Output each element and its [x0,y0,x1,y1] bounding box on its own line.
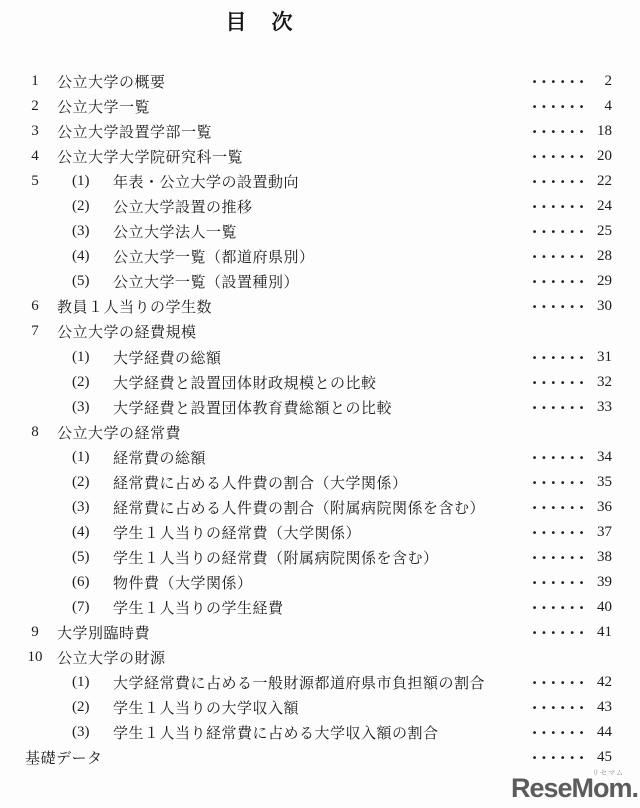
toc-entry: (3) 公立大学法人一覧 •••••• 25 [0,219,640,244]
entry-title: 公立大学法人一覧 [113,221,237,242]
entry-subnumber: (6) [72,574,98,591]
toc-entry: 5 (1) 年表・公立大学の設置動向 •••••• 22 [0,169,640,194]
entry-page-number: 33 [590,399,612,416]
entry-page-number: 22 [590,173,612,190]
entry-title: 学生１人当りの経常費（附属病院関係を含む） [113,547,439,568]
dot-leader: •••••• [532,703,588,714]
entry-title: 大学別臨時費 [57,622,150,643]
entry-page-number: 35 [590,474,612,491]
dot-leader: •••••• [532,127,588,138]
entry-page-number: 45 [590,749,612,766]
entry-number: 5 [25,173,45,190]
dot-leader: •••••• [532,302,588,313]
entry-title: 公立大学の財源 [57,647,166,668]
entry-subnumber: (3) [72,399,98,416]
toc-entry: (3) 学生１人当り経常費に占める大学収入額の割合 •••••• 44 [0,720,640,745]
entry-number: 1 [25,73,45,90]
toc-entry: (2) 経常費に占める人件費の割合（大学関係） •••••• 35 [0,470,640,495]
entry-title: 大学経常費に占める一般財源都道府県市負担額の割合 [113,672,485,693]
toc-entry: (2) 公立大学設置の推移 •••••• 24 [0,194,640,219]
entry-page-number: 2 [590,73,612,90]
toc-entry: 基礎データ •••••• 45 [0,745,640,770]
toc-entry: (6) 物件費（大学関係） •••••• 39 [0,570,640,595]
dot-leader: •••••• [532,403,588,414]
dot-leader: •••••• [532,102,588,113]
toc-entry: 6 教員１人当りの学生数 •••••• 30 [0,294,640,319]
entry-subnumber: (2) [72,699,98,716]
entry-title: 経常費に占める人件費の割合（附属病院関係を含む） [113,497,485,518]
entry-subnumber: (3) [72,724,98,741]
entry-page-number: 30 [590,298,612,315]
entry-subnumber: (3) [72,499,98,516]
entry-page-number: 38 [590,549,612,566]
toc-entry: 1 公立大学の概要 •••••• 2 [0,69,640,94]
dot-leader: •••••• [532,678,588,689]
entry-number: 9 [25,624,45,641]
dot-leader: •••••• [532,378,588,389]
toc-list: 1 公立大学の概要 •••••• 2 2 公立大学一覧 •••••• 4 3 公… [0,69,640,770]
dot-leader: •••••• [532,503,588,514]
entry-page-number: 39 [590,574,612,591]
dot-leader: •••••• [532,252,588,263]
entry-subnumber: (3) [72,223,98,240]
toc-entry: (1) 経常費の総額 •••••• 34 [0,445,640,470]
entry-number: 8 [25,424,45,441]
entry-subnumber: (7) [72,599,98,616]
entry-subnumber: (2) [72,474,98,491]
entry-number: 2 [25,98,45,115]
entry-number: 4 [25,148,45,165]
dot-leader: •••••• [532,453,588,464]
entry-page-number: 41 [590,624,612,641]
entry-title: 大学経費と設置団体教育費総額との比較 [113,397,392,418]
dot-leader: •••••• [532,603,588,614]
entry-title: 学生１人当り経常費に占める大学収入額の割合 [113,722,439,743]
entry-page-number: 28 [590,248,612,265]
dot-leader: •••••• [532,152,588,163]
entry-title: 公立大学一覧（設置種別） [113,271,299,292]
entry-title: 公立大学設置学部一覧 [57,121,212,142]
entry-page-number: 29 [590,273,612,290]
entry-subnumber: (1) [72,674,98,691]
entry-page-number: 31 [590,349,612,366]
entry-page-number: 44 [590,724,612,741]
entry-page-number: 20 [590,148,612,165]
toc-entry: (7) 学生１人当りの学生経費 •••••• 40 [0,595,640,620]
toc-entry: (2) 学生１人当りの大学収入額 •••••• 43 [0,695,640,720]
entry-title: 公立大学の経費規模 [57,321,197,342]
dot-leader: •••••• [532,628,588,639]
toc-entry: (1) 大学経常費に占める一般財源都道府県市負担額の割合 •••••• 42 [0,670,640,695]
entry-title: 物件費（大学関係） [113,572,253,593]
entry-subnumber: (1) [72,349,98,366]
resemom-logo: リセマム ReseMom. [511,768,638,802]
entry-title: 公立大学大学院研究科一覧 [57,146,243,167]
entry-subnumber: (1) [72,449,98,466]
toc-entry: 4 公立大学大学院研究科一覧 •••••• 20 [0,144,640,169]
toc-page: 目 次 1 公立大学の概要 •••••• 2 2 公立大学一覧 •••••• 4… [0,0,640,808]
dot-leader: •••••• [532,353,588,364]
entry-page-number: 24 [590,198,612,215]
dot-leader: •••••• [532,202,588,213]
dot-leader: •••••• [532,753,588,764]
entry-subnumber: (1) [72,173,98,190]
entry-page-number: 25 [590,223,612,240]
dot-leader: •••••• [532,528,588,539]
entry-number: 3 [25,123,45,140]
dot-leader: •••••• [532,478,588,489]
entry-title: 学生１人当りの学生経費 [113,597,284,618]
dot-leader: •••••• [532,227,588,238]
entry-number: 7 [25,323,45,340]
toc-entry: (3) 大学経費と設置団体教育費総額との比較 •••••• 33 [0,395,640,420]
dot-leader: •••••• [532,728,588,739]
entry-number: 6 [25,298,45,315]
toc-entry: (3) 経常費に占める人件費の割合（附属病院関係を含む） •••••• 36 [0,495,640,520]
entry-page-number: 34 [590,449,612,466]
entry-page-number: 32 [590,374,612,391]
entry-title: 教員１人当りの学生数 [57,296,212,317]
toc-entry: 9 大学別臨時費 •••••• 41 [0,620,640,645]
entry-title: 学生１人当りの経常費（大学関係） [113,522,361,543]
dot-leader: •••••• [532,578,588,589]
entry-title: 公立大学の概要 [57,71,166,92]
entry-title: 基礎データ [25,747,103,768]
toc-entry: (2) 大学経費と設置団体財政規模との比較 •••••• 32 [0,370,640,395]
toc-entry: 8 公立大学の経常費 [0,420,640,445]
entry-title: 公立大学一覧 [57,96,150,117]
toc-entry: 3 公立大学設置学部一覧 •••••• 18 [0,119,640,144]
toc-entry: (5) 公立大学一覧（設置種別） •••••• 29 [0,269,640,294]
entry-title: 学生１人当りの大学収入額 [113,697,299,718]
entry-number: 10 [25,649,45,666]
toc-entry: 2 公立大学一覧 •••••• 4 [0,94,640,119]
entry-subnumber: (2) [72,374,98,391]
entry-subnumber: (5) [72,549,98,566]
entry-page-number: 43 [590,699,612,716]
toc-entry: (4) 公立大学一覧（都道府県別） •••••• 28 [0,244,640,269]
entry-page-number: 36 [590,499,612,516]
entry-page-number: 40 [590,599,612,616]
entry-title: 大学経費の総額 [113,347,222,368]
page-title: 目 次 [0,6,520,36]
entry-subnumber: (2) [72,198,98,215]
entry-title: 公立大学設置の推移 [113,196,253,217]
entry-page-number: 18 [590,123,612,140]
entry-title: 年表・公立大学の設置動向 [113,171,299,192]
resemom-logo-text: ReseMom. [511,775,638,802]
dot-leader: •••••• [532,553,588,564]
entry-title: 公立大学一覧（都道府県別） [113,246,315,267]
entry-subnumber: (4) [72,524,98,541]
toc-entry: (5) 学生１人当りの経常費（附属病院関係を含む） •••••• 38 [0,545,640,570]
entry-subnumber: (5) [72,273,98,290]
dot-leader: •••••• [532,277,588,288]
toc-entry: (4) 学生１人当りの経常費（大学関係） •••••• 37 [0,520,640,545]
dot-leader: •••••• [532,177,588,188]
entry-page-number: 37 [590,524,612,541]
entry-title: 公立大学の経常費 [57,422,181,443]
entry-title: 大学経費と設置団体財政規模との比較 [113,372,377,393]
entry-title: 経常費に占める人件費の割合（大学関係） [113,472,408,493]
toc-entry: (1) 大学経費の総額 •••••• 31 [0,345,640,370]
toc-entry: 7 公立大学の経費規模 [0,319,640,344]
entry-subnumber: (4) [72,248,98,265]
entry-title: 経常費の総額 [113,447,206,468]
dot-leader: •••••• [532,77,588,88]
entry-page-number: 4 [590,98,612,115]
toc-entry: 10 公立大学の財源 [0,645,640,670]
entry-page-number: 42 [590,674,612,691]
